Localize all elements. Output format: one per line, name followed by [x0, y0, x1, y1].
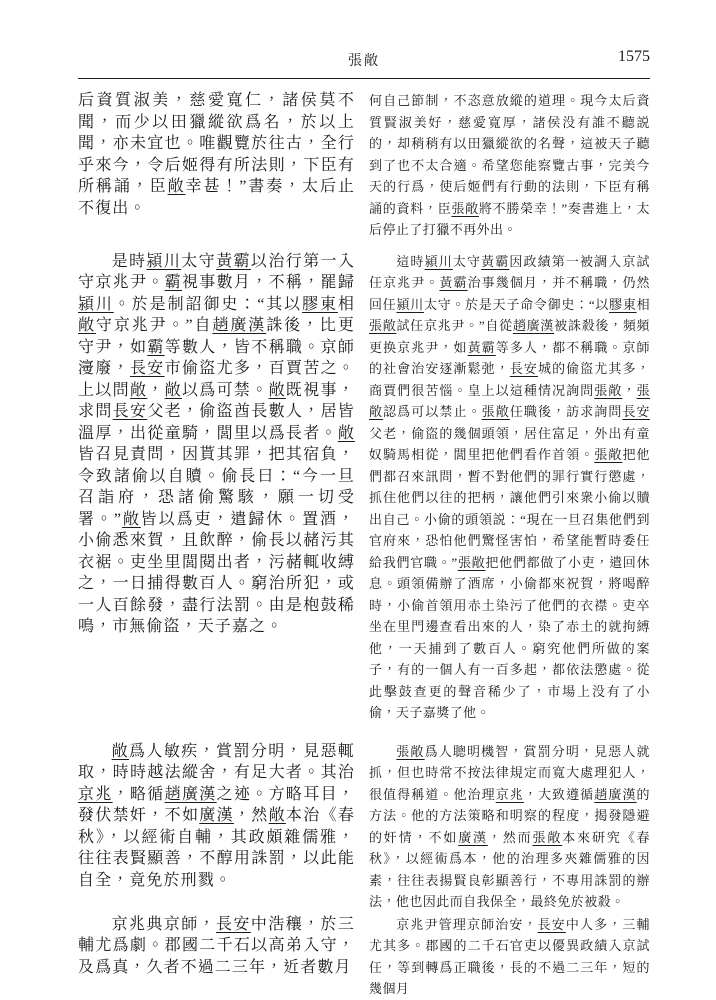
proper-noun-underline: 長安 — [622, 404, 650, 419]
proper-noun-underline: 敞 — [269, 807, 286, 824]
proper-noun-underline: 趙廣漢 — [513, 318, 554, 333]
translation-paragraph-4: 京兆尹管理京師治安，長安中人多，三輔尤其多。郡國的二千石官吏以優異政績入京試任，… — [369, 914, 650, 1000]
paragraph-row-1: 后資質淑美，慈愛寬仁，諸侯莫不聞，而少以田獵縱欲爲名，於以上聞，亦未宜也。唯觀覽… — [78, 90, 650, 241]
proper-noun-underline: 長安 — [510, 361, 538, 376]
proper-noun-underline: 張敞 — [482, 404, 510, 419]
proper-noun-underline: 張敞 — [369, 318, 396, 333]
translation-paragraph-1: 何自己節制，不恣意放縱的道理。現今太后資質賢淑美好，慈愛寬厚，諸侯没有誰不聽説的… — [369, 90, 650, 241]
proper-noun-underline: 敞 — [122, 511, 141, 528]
paragraph-row-2: 是時潁川太守黃霸以治行第一入守京兆尹。霸視事數月，不稱，罷歸潁川。於是制詔御史：… — [78, 251, 650, 724]
proper-noun-underline: 長安 — [113, 403, 148, 420]
translation-text-column: 這時潁川太守黃霸因政績第一被調入京試任京兆尹。黃霸治事幾個月，并不稱職，仍然回任… — [369, 251, 650, 724]
translation-text-column: 京兆尹管理京師治安，長安中人多，三輔尤其多。郡國的二千石官吏以優異政績入京試任，… — [369, 914, 650, 1000]
classical-paragraph-1: 后資質淑美，慈愛寬仁，諸侯莫不聞，而少以田獵縱欲爲名，於以上聞，亦未宜也。唯觀覽… — [78, 90, 355, 219]
proper-noun-underline: 霸 — [165, 274, 182, 291]
proper-noun-underline: 潁川 — [396, 297, 423, 312]
page-number: 1575 — [618, 48, 650, 66]
proper-noun-underline: 廣漢 — [199, 807, 234, 824]
proper-noun-underline: 敞 — [269, 382, 286, 399]
proper-noun-underline: 敞 — [130, 382, 147, 399]
proper-noun-underline: 潁川 — [78, 296, 114, 313]
proper-noun-underline: 潁川 — [425, 254, 453, 269]
proper-noun-underline: 張敞 — [396, 744, 424, 759]
classical-text-column: 后資質淑美，慈愛寬仁，諸侯莫不聞，而少以田獵縱欲爲名，於以上聞，亦未宜也。唯觀覽… — [78, 90, 355, 219]
proper-noun-underline: 長安 — [130, 360, 165, 377]
classical-paragraph-2: 是時潁川太守黃霸以治行第一入守京兆尹。霸視事數月，不稱，罷歸潁川。於是制詔御史：… — [78, 251, 355, 638]
proper-noun-underline: 黃霸 — [468, 340, 496, 355]
proper-noun-underline: 京兆 — [78, 786, 113, 803]
proper-noun-underline: 趙廣漢 — [212, 317, 266, 334]
page-header: 張敞 1575 — [78, 50, 650, 72]
proper-noun-underline: 張敞 — [533, 830, 563, 845]
proper-noun-underline: 敞 — [165, 382, 182, 399]
header-rule — [78, 78, 650, 79]
proper-noun-underline: 敞 — [112, 743, 129, 760]
proper-noun-underline: 張敞 — [594, 383, 622, 398]
classical-text-column: 京兆典京師，長安中浩穰，於三輔尤爲劇。郡國二千石以高弟入守，及爲真，久者不過二三… — [78, 914, 355, 979]
proper-noun-underline: 趙廣漢 — [594, 787, 636, 802]
proper-noun-underline: 敞 — [78, 317, 96, 334]
classical-paragraph-3: 敞爲人敏疾，賞罰分明，見惡輒取，時時越法縱舍，有足大者。其治京兆，略循趙廣漢之迹… — [78, 741, 355, 892]
proper-noun-underline: 廣漢 — [458, 830, 488, 845]
paragraph-row-4: 京兆典京師，長安中浩穰，於三輔尤爲劇。郡國二千石以高弟入守，及爲真，久者不過二三… — [78, 914, 650, 1000]
proper-noun-underline: 張敞 — [458, 555, 486, 570]
translation-paragraph-3: 張敞爲人聰明機智，賞罰分明，見惡人就抓，但也時常不按法律規定而寬大處理犯人，很值… — [369, 741, 650, 913]
proper-noun-underline: 霸 — [147, 339, 164, 356]
proper-noun-underline: 敞 — [168, 178, 186, 195]
proper-noun-underline: 長安 — [216, 916, 251, 933]
translation-text-column: 張敞爲人聰明機智，賞罰分明，見惡人就抓，但也時常不按法律規定而寬大處理犯人，很值… — [369, 741, 650, 913]
translation-text-column: 何自己節制，不恣意放縱的道理。現今太后資質賢淑美好，慈愛寬厚，諸侯没有誰不聽説的… — [369, 90, 650, 241]
proper-noun-underline: 膠東 — [302, 296, 338, 313]
proper-noun-underline: 京兆 — [496, 787, 524, 802]
proper-noun-underline: 黃霸 — [439, 275, 467, 290]
paragraph-row-3: 敞爲人敏疾，賞罰分明，見惡輒取，時時越法縱舍，有足大者。其治京兆，略循趙廣漢之迹… — [78, 741, 650, 913]
proper-noun-underline: 敞 — [338, 425, 355, 442]
classical-text-column: 敞爲人敏疾，賞罰分明，見惡輒取，時時越法縱舍，有足大者。其治京兆，略循趙廣漢之迹… — [78, 741, 355, 892]
page-header-title: 張敞 — [78, 50, 650, 70]
proper-noun-underline: 潁川 — [146, 253, 181, 270]
text-content: 后資質淑美，慈愛寬仁，諸侯莫不聞，而少以田獵縱欲爲名，於以上聞，亦未宜也。唯觀覽… — [78, 90, 650, 1000]
translation-paragraph-2: 這時潁川太守黃霸因政績第一被調入京試任京兆尹。黃霸治事幾個月，并不稱職，仍然回任… — [369, 251, 650, 724]
proper-noun-underline: 張敞 — [594, 447, 622, 462]
proper-noun-underline: 黃霸 — [481, 254, 509, 269]
proper-noun-underline: 趙廣漢 — [165, 786, 217, 803]
book-page: 張敞 1575 后資質淑美，慈愛寬仁，諸侯莫不聞，而少以田獵縱欲爲名，於以上聞，… — [0, 0, 716, 1000]
classical-text-column: 是時潁川太守黃霸以治行第一入守京兆尹。霸視事數月，不稱，罷歸潁川。於是制詔御史：… — [78, 251, 355, 638]
proper-noun-underline: 長安 — [538, 917, 566, 932]
proper-noun-underline: 張敞 — [451, 201, 478, 216]
classical-paragraph-4: 京兆典京師，長安中浩穰，於三輔尤爲劇。郡國二千石以高弟入守，及爲真，久者不過二三… — [78, 914, 355, 979]
proper-noun-underline: 膠東 — [609, 297, 636, 312]
proper-noun-underline: 黃霸 — [216, 253, 251, 270]
